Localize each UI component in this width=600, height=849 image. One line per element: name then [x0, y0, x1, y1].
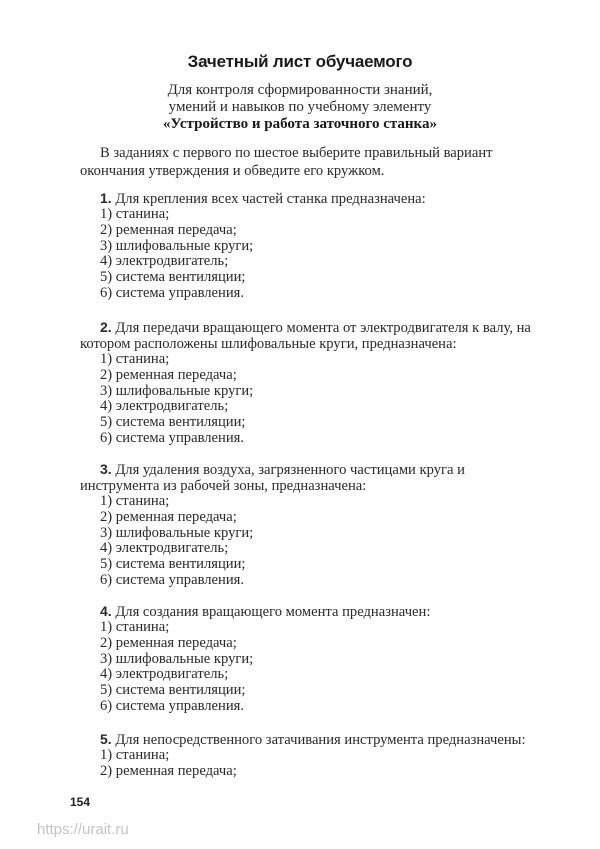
question-stem: 1. Для крепления всех частей станка пред…: [80, 190, 540, 207]
answer-option[interactable]: 4) электродвигатель;: [80, 541, 540, 557]
subtitle-line-3: «Устройство и работа заточного станка»: [0, 116, 600, 133]
answer-option[interactable]: 5) система вентиляции;: [80, 270, 540, 286]
answer-option[interactable]: 1) станина;: [80, 620, 540, 636]
answer-option[interactable]: 5) система вентиляции;: [80, 683, 540, 699]
question-1: 1. Для крепления всех частей станка пред…: [80, 190, 540, 302]
answer-option[interactable]: 6) система управления.: [80, 431, 540, 447]
instructions-paragraph: В заданиях с первого по шестое выберите …: [80, 145, 540, 180]
question-text: Для крепления всех частей станка предназ…: [112, 191, 426, 207]
question-number: 3.: [100, 461, 112, 477]
question-5: 5. Для непосредственного затачивания инс…: [80, 731, 540, 780]
answer-option[interactable]: 1) станина;: [80, 207, 540, 223]
answer-option[interactable]: 6) система управления.: [80, 699, 540, 715]
question-number: 4.: [100, 603, 112, 619]
answer-option[interactable]: 2) ременная передача;: [80, 764, 540, 780]
question-text: Для передачи вращающего момента от элект…: [80, 320, 531, 352]
question-stem: 3. Для удаления воздуха, загрязненного ч…: [80, 461, 540, 494]
answer-option[interactable]: 2) ременная передача;: [80, 510, 540, 526]
answer-option[interactable]: 2) ременная передача;: [80, 368, 540, 384]
question-stem: 2. Для передачи вращающего момента от эл…: [80, 319, 540, 352]
page-subtitle: Для контроля сформированности знаний, ум…: [0, 82, 600, 133]
page-number: 154: [70, 795, 90, 809]
answer-option[interactable]: 3) шлифовальные круги;: [80, 239, 540, 255]
question-text: Для создания вращающего момента предназн…: [112, 604, 431, 620]
watermark-url: https://urait.ru: [37, 821, 129, 838]
answer-option[interactable]: 1) станина;: [80, 748, 540, 764]
answer-option[interactable]: 2) ременная передача;: [80, 223, 540, 239]
document-page: Зачетный лист обучаемого Для контроля сф…: [0, 0, 600, 849]
question-3: 3. Для удаления воздуха, загрязненного ч…: [80, 461, 540, 589]
question-2: 2. Для передачи вращающего момента от эл…: [80, 319, 540, 447]
answer-option[interactable]: 3) шлифовальные круги;: [80, 652, 540, 668]
question-text: Для непосредственного затачивания инстру…: [112, 732, 526, 748]
question-number: 5.: [100, 731, 112, 747]
answer-option[interactable]: 1) станина;: [80, 494, 540, 510]
answer-option[interactable]: 3) шлифовальные круги;: [80, 384, 540, 400]
question-number: 2.: [100, 319, 112, 335]
answer-option[interactable]: 4) электродвигатель;: [80, 254, 540, 270]
answer-option[interactable]: 5) система вентиляции;: [80, 557, 540, 573]
answer-option[interactable]: 6) система управления.: [80, 573, 540, 589]
answer-option[interactable]: 1) станина;: [80, 352, 540, 368]
answer-option[interactable]: 3) шлифовальные круги;: [80, 526, 540, 542]
answer-option[interactable]: 6) система управления.: [80, 286, 540, 302]
page-title: Зачетный лист обучаемого: [0, 52, 600, 72]
question-text: Для удаления воздуха, загрязненного част…: [80, 462, 465, 494]
subtitle-line-2: умений и навыков по учебному элементу: [0, 99, 600, 116]
answer-option[interactable]: 4) электродвигатель;: [80, 667, 540, 683]
subtitle-line-1: Для контроля сформированности знаний,: [0, 82, 600, 99]
question-stem: 5. Для непосредственного затачивания инс…: [80, 731, 540, 748]
answer-option[interactable]: 2) ременная передача;: [80, 636, 540, 652]
answer-option[interactable]: 5) система вентиляции;: [80, 415, 540, 431]
answer-option[interactable]: 4) электродвигатель;: [80, 399, 540, 415]
question-stem: 4. Для создания вращающего момента предн…: [80, 603, 540, 620]
question-4: 4. Для создания вращающего момента предн…: [80, 603, 540, 715]
question-number: 1.: [100, 190, 112, 206]
